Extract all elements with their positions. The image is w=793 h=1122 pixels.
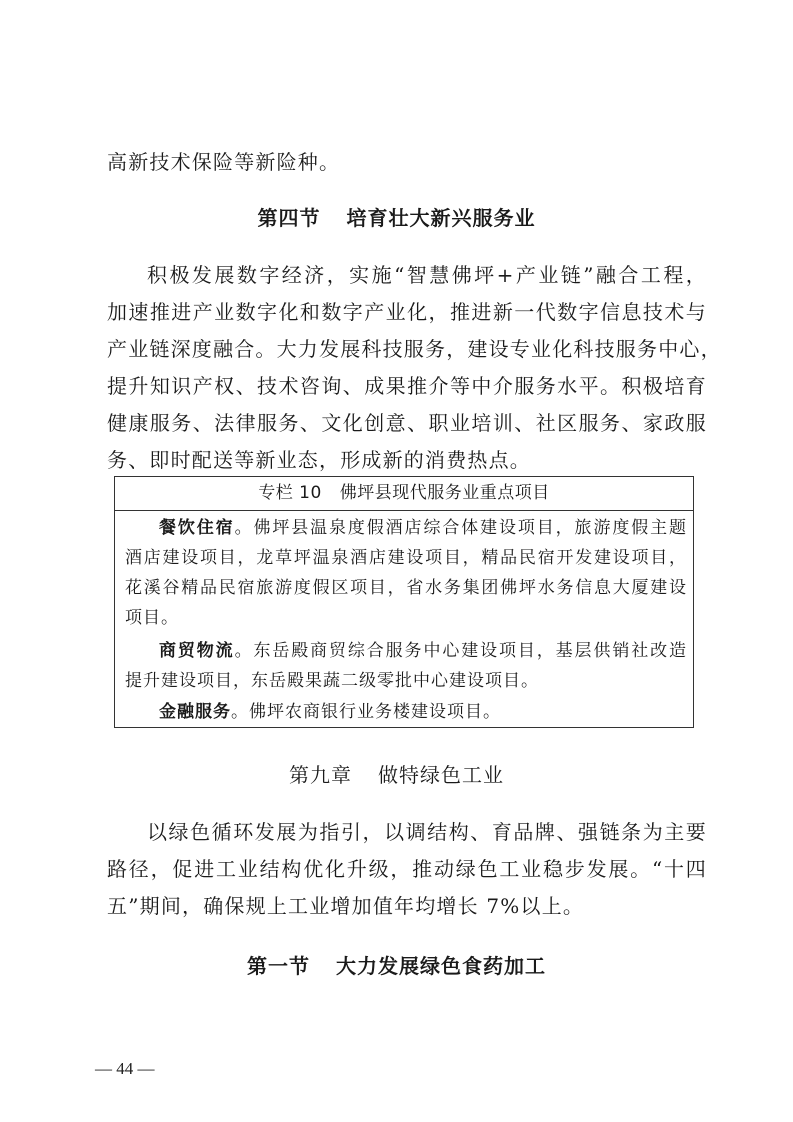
paragraph-line: 产业链深度融合。大力发展科技服务，建设专业化科技服务中心， — [107, 337, 707, 361]
paragraph-line: 以绿色循环发展为指引，以调结构、育品牌、强链条为主要 — [107, 820, 707, 844]
section-title: 大力发展绿色食药加工 — [336, 954, 546, 978]
section-title: 培育壮大新兴服务业 — [347, 206, 536, 230]
box-item-line: 酒店建设项目，龙草坪温泉酒店建设项目，精品民宿开发建设项目， — [125, 547, 687, 569]
chapter-heading: 第九章做特绿色工业 — [0, 763, 793, 787]
box-item-line: 项目。 — [125, 607, 687, 629]
section-heading: 第一节大力发展绿色食药加工 — [0, 954, 793, 978]
box-title: 专栏 10佛坪县现代服务业重点项目 — [115, 477, 693, 511]
box-item-line: 金融服务。佛坪农商银行业务楼建设项目。 — [125, 701, 687, 723]
paragraph-line: 加速推进产业数字化和数字产业化，推进新一代数字信息技术与 — [107, 300, 707, 324]
page-number: — 44 — — [95, 1059, 155, 1079]
box-label: 专栏 10 — [258, 483, 322, 503]
box-item-category: 商贸物流 — [159, 641, 235, 661]
paragraph-line: 务、即时配送等新业态，形成新的消费热点。 — [107, 448, 707, 472]
section-label: 第一节 — [247, 954, 310, 978]
box-title-text: 佛坪县现代服务业重点项目 — [340, 483, 550, 503]
paragraph-line: 五”期间，确保规上工业增加值年均增长 7%以上。 — [107, 894, 707, 918]
box-item-line: 提升建设项目，东岳殿果蔬二级零批中心建设项目。 — [125, 670, 687, 692]
special-column-box: 专栏 10佛坪县现代服务业重点项目 餐饮住宿。佛坪县温泉度假酒店综合体建设项目，… — [114, 476, 694, 728]
box-item-category: 餐饮住宿 — [159, 518, 235, 538]
paragraph-line: 积极发展数字经济，实施“智慧佛坪+产业链”融合工程， — [107, 263, 707, 287]
chapter-label: 第九章 — [289, 763, 352, 787]
box-item-line: 花溪谷精品民宿旅游度假区项目，省水务集团佛坪水务信息大厦建设 — [125, 577, 687, 599]
section-heading: 第四节培育壮大新兴服务业 — [0, 206, 793, 230]
continuation-text: 高新技术保险等新险种。 — [107, 150, 707, 174]
paragraph-line: 提升知识产权、技术咨询、成果推介等中介服务水平。积极培育 — [107, 374, 707, 398]
paragraph-line: 路径，促进工业结构优化升级，推动绿色工业稳步发展。“十四 — [107, 857, 707, 881]
box-item-line: 商贸物流。东岳殿商贸综合服务中心建设项目，基层供销社改造 — [125, 640, 687, 662]
box-item-line: 餐饮住宿。佛坪县温泉度假酒店综合体建设项目，旅游度假主题 — [125, 517, 687, 539]
section-label: 第四节 — [258, 206, 321, 230]
paragraph-line: 健康服务、法律服务、文化创意、职业培训、社区服务、家政服 — [107, 411, 707, 435]
chapter-title: 做特绿色工业 — [378, 763, 504, 787]
box-item-category: 金融服务 — [159, 702, 231, 722]
